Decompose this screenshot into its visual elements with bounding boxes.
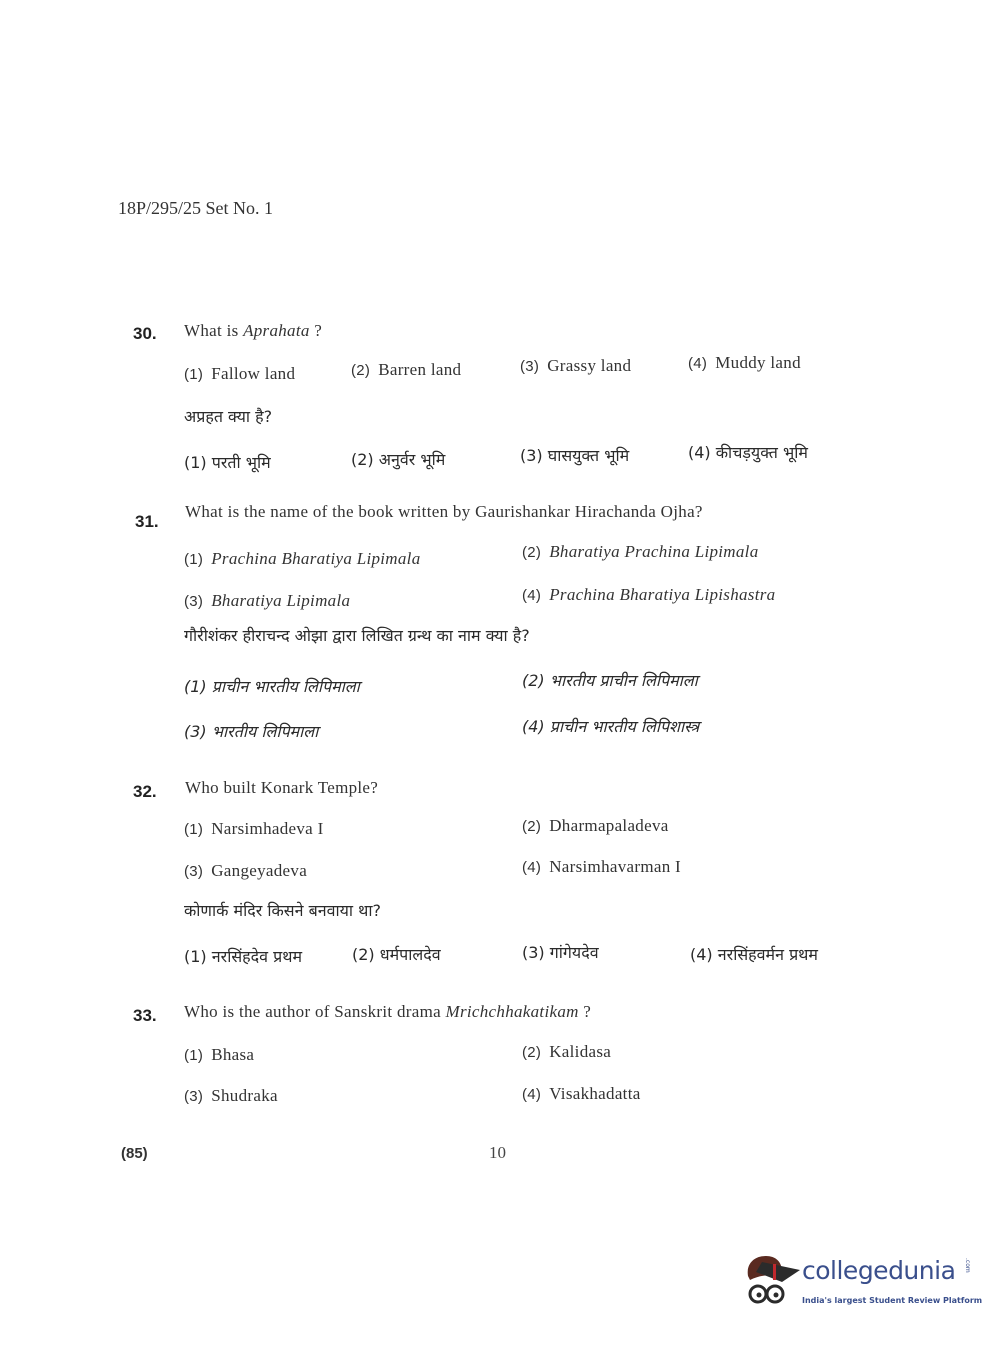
option-number: (4)	[688, 443, 711, 462]
option-label: अनुर्वर भूमि	[379, 450, 446, 469]
option-hi-2: (2) भारतीय प्राचीन लिपिमाला	[522, 669, 698, 691]
option-hi-3: (3) भारतीय लिपिमाला	[184, 720, 318, 742]
option-number: (1)	[184, 551, 203, 568]
option-label: प्राचीन भारतीय लिपिमाला	[212, 677, 360, 696]
option-number: (3)	[184, 593, 203, 610]
option-label: कीचड़युक्त भूमि	[716, 443, 808, 462]
question-text-italic: Aprahata	[243, 321, 310, 340]
option-label: Kalidasa	[549, 1042, 611, 1061]
question-text-suffix: ?	[579, 1002, 591, 1021]
option-hi-3: (3) गांगेयदेव	[522, 941, 599, 963]
question-text-en: Who built Konark Temple?	[185, 778, 378, 798]
option-label: Dharmapaladeva	[549, 816, 668, 835]
option-number: (4)	[522, 1086, 541, 1103]
option-hi-4: (4) नरसिंहवर्मन प्रथम	[690, 943, 818, 965]
brand-tagline: India's largest Student Review Platform	[802, 1296, 982, 1305]
option-en-4: (4)Muddy land	[688, 353, 801, 373]
option-number: (3)	[520, 446, 543, 465]
option-label: Narsimhadeva I	[211, 819, 323, 838]
option-number: (1)	[184, 677, 207, 696]
option-en-3: (3)Grassy land	[520, 356, 631, 376]
page-number: 10	[489, 1143, 506, 1163]
question-text-prefix: Who is the author of Sanskrit drama	[184, 1002, 446, 1021]
option-hi-1: (1) नरसिंहदेव प्रथम	[184, 945, 302, 967]
option-en-1: (1)Prachina Bharatiya Lipimala	[184, 549, 421, 569]
option-label: Bharatiya Prachina Lipimala	[549, 542, 758, 561]
option-hi-1: (1) प्राचीन भारतीय लिपिमाला	[184, 675, 360, 697]
option-number: (1)	[184, 366, 203, 383]
option-number: (1)	[184, 453, 207, 472]
option-number: (2)	[522, 818, 541, 835]
option-label: Fallow land	[211, 364, 295, 383]
question-number: 30.	[133, 324, 157, 344]
option-en-1: (1)Fallow land	[184, 364, 295, 384]
option-number: (1)	[184, 1047, 203, 1064]
option-en-2: (2)Bharatiya Prachina Lipimala	[522, 542, 759, 562]
option-en-1: (1)Bhasa	[184, 1045, 254, 1065]
option-label: नरसिंहवर्मन प्रथम	[718, 945, 818, 964]
option-en-4: (4)Prachina Bharatiya Lipishastra	[522, 585, 775, 605]
question-text-hi: कोणार्क मंदिर किसने बनवाया था?	[184, 899, 381, 921]
mascot-icon	[742, 1250, 802, 1312]
question-text-hi: गौरीशंकर हीराचन्द ओझा द्वारा लिखित ग्रन्…	[184, 624, 530, 646]
option-number: (3)	[184, 722, 207, 741]
question-number: 32.	[133, 782, 157, 802]
option-en-4: (4)Narsimhavarman I	[522, 857, 681, 877]
option-label: नरसिंहदेव प्रथम	[212, 947, 302, 966]
option-label: Visakhadatta	[549, 1084, 640, 1103]
option-en-2: (2)Kalidasa	[522, 1042, 611, 1062]
option-number: (4)	[522, 717, 545, 736]
option-number: (2)	[352, 945, 375, 964]
question-text-en: What is the name of the book written by …	[185, 502, 703, 522]
question-text-en: What is Aprahata ?	[184, 321, 322, 341]
option-number: (1)	[184, 821, 203, 838]
option-number: (1)	[184, 947, 207, 966]
option-number: (3)	[184, 863, 203, 880]
question-number: 31.	[135, 512, 159, 532]
option-label: Barren land	[378, 360, 461, 379]
option-number: (2)	[522, 1044, 541, 1061]
option-label: धर्मपालदेव	[380, 945, 441, 964]
option-number: (2)	[351, 450, 374, 469]
question-text-suffix: ?	[310, 321, 322, 340]
option-en-2: (2)Dharmapaladeva	[522, 816, 669, 836]
option-hi-2: (2) अनुर्वर भूमि	[351, 448, 445, 470]
option-label: गांगेयदेव	[550, 943, 599, 962]
option-number: (3)	[184, 1088, 203, 1105]
option-label: Grassy land	[547, 356, 631, 375]
option-hi-2: (2) धर्मपालदेव	[352, 943, 441, 965]
footer-code: (85)	[121, 1145, 148, 1162]
option-en-3: (3)Gangeyadeva	[184, 861, 307, 881]
option-label: Shudraka	[211, 1086, 278, 1105]
option-number: (2)	[522, 544, 541, 561]
collegedunia-watermark: collegedunia .com India's largest Studen…	[742, 1250, 972, 1312]
option-label: Prachina Bharatiya Lipishastra	[549, 585, 775, 604]
option-number: (2)	[351, 362, 370, 379]
brand-name: collegedunia	[802, 1256, 955, 1285]
option-number: (4)	[690, 945, 713, 964]
option-number: (3)	[520, 358, 539, 375]
option-number: (4)	[522, 587, 541, 604]
option-label: भारतीय लिपिमाला	[212, 722, 319, 741]
option-label: प्राचीन भारतीय लिपिशास्त्र	[550, 717, 699, 736]
option-label: Gangeyadeva	[211, 861, 307, 880]
option-en-3: (3)Bharatiya Lipimala	[184, 591, 350, 611]
question-text-en: Who is the author of Sanskrit drama Mric…	[184, 1002, 591, 1022]
option-label: परती भूमि	[212, 453, 271, 472]
option-label: Bharatiya Lipimala	[211, 591, 350, 610]
option-label: Bhasa	[211, 1045, 254, 1064]
question-text-prefix: What is	[184, 321, 243, 340]
brand-dotcom: .com	[964, 1258, 971, 1273]
question-number: 33.	[133, 1006, 157, 1026]
option-number: (4)	[522, 859, 541, 876]
question-text-italic: Mrichchhakatikam	[446, 1002, 579, 1021]
option-hi-3: (3) घासयुक्त भूमि	[520, 444, 629, 466]
option-number: (4)	[688, 355, 707, 372]
option-label: Prachina Bharatiya Lipimala	[211, 549, 420, 568]
option-label: भारतीय प्राचीन लिपिमाला	[550, 671, 698, 690]
option-hi-4: (4) कीचड़युक्त भूमि	[688, 441, 808, 463]
option-hi-1: (1) परती भूमि	[184, 451, 271, 473]
option-label: घासयुक्त भूमि	[548, 446, 629, 465]
option-hi-4: (4) प्राचीन भारतीय लिपिशास्त्र	[522, 715, 699, 737]
option-label: Narsimhavarman I	[549, 857, 681, 876]
option-en-4: (4)Visakhadatta	[522, 1084, 641, 1104]
option-number: (2)	[522, 671, 545, 690]
option-en-3: (3)Shudraka	[184, 1086, 278, 1106]
option-en-2: (2)Barren land	[351, 360, 461, 380]
option-en-1: (1)Narsimhadeva I	[184, 819, 324, 839]
question-text-hi: अप्रहत क्या है?	[184, 405, 272, 427]
paper-code: 18P/295/25 Set No. 1	[118, 198, 273, 219]
option-label: Muddy land	[715, 353, 801, 372]
option-number: (3)	[522, 943, 545, 962]
